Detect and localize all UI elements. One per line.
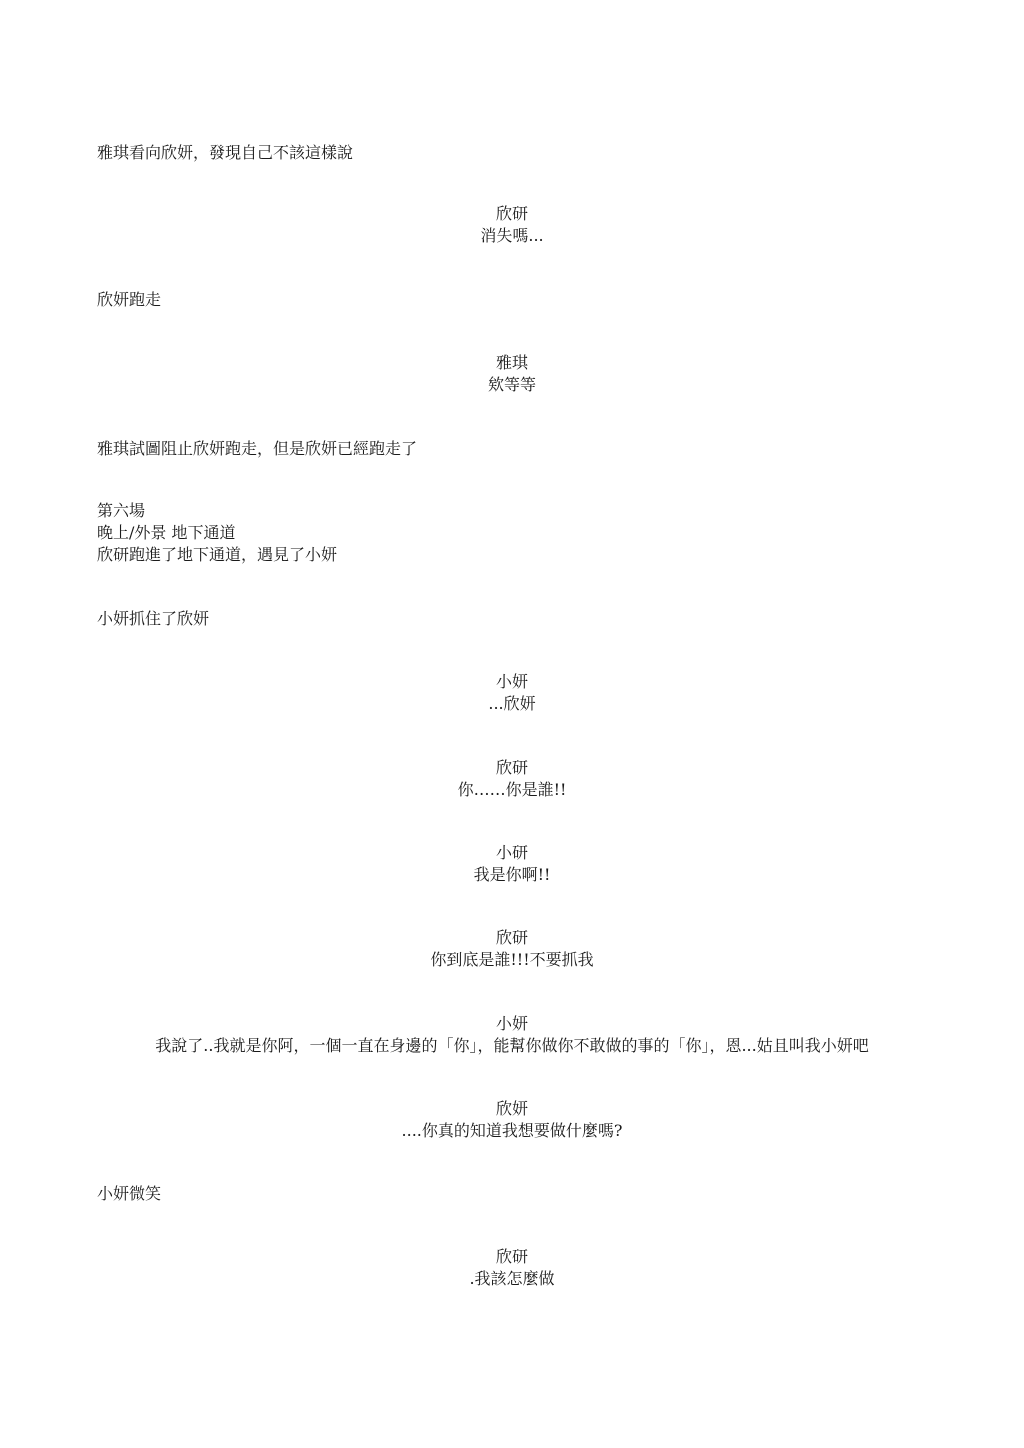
dialogue-block: 小妍 ...欣妍 (0, 671, 1024, 715)
dialogue-text: 你到底是誰!!!不要抓我 (0, 949, 1024, 971)
character-name: 欣妍 (0, 1098, 1024, 1120)
character-name: 雅琪 (0, 352, 1024, 374)
scene-number: 第六場 (97, 500, 337, 522)
action-text: 欣妍跑走 (97, 289, 161, 311)
action-line: 小妍微笑 (97, 1183, 161, 1205)
action-line: 雅琪試圖阻止欣妍跑走，但是欣妍已經跑走了 (97, 438, 417, 460)
action-line: 雅琪看向欣妍，發現自己不該這樣說 (97, 142, 353, 164)
character-name: 欣研 (0, 927, 1024, 949)
dialogue-text: 消失嗎... (0, 225, 1024, 247)
dialogue-block: 欣研 消失嗎... (0, 203, 1024, 247)
dialogue-block: 欣研 .我該怎麼做 (0, 1246, 1024, 1290)
character-name: 欣研 (0, 203, 1024, 225)
dialogue-text: ....你真的知道我想要做什麼嗎? (0, 1120, 1024, 1142)
scene-location: 晚上/外景 地下通道 (97, 522, 337, 544)
dialogue-text: 我說了..我就是你阿，一個一直在身邊的「你」，能幫你做你不敢做的事的「你」，恩.… (0, 1035, 1024, 1057)
dialogue-block: 欣研 你到底是誰!!!不要抓我 (0, 927, 1024, 971)
action-line: 小妍抓住了欣妍 (97, 608, 209, 630)
character-name: 小妍 (0, 1013, 1024, 1035)
action-text: 小妍抓住了欣妍 (97, 608, 209, 630)
dialogue-text: 欸等等 (0, 374, 1024, 396)
scene-heading: 第六場 晚上/外景 地下通道 欣研跑進了地下通道，遇見了小妍 (97, 500, 337, 566)
dialogue-block: 欣妍 ....你真的知道我想要做什麼嗎? (0, 1098, 1024, 1142)
dialogue-block: 小研 我是你啊!! (0, 842, 1024, 886)
scene-description: 欣研跑進了地下通道，遇見了小妍 (97, 544, 337, 566)
character-name: 欣研 (0, 1246, 1024, 1268)
action-text: 雅琪看向欣妍，發現自己不該這樣說 (97, 142, 353, 164)
action-text: 小妍微笑 (97, 1183, 161, 1205)
dialogue-block: 欣研 你……你是誰!! (0, 757, 1024, 801)
dialogue-block: 雅琪 欸等等 (0, 352, 1024, 396)
document-page: 雅琪看向欣妍，發現自己不該這樣說 欣研 消失嗎... 欣妍跑走 雅琪 欸等等 雅… (0, 0, 1024, 1448)
character-name: 欣研 (0, 757, 1024, 779)
dialogue-text: 你……你是誰!! (0, 779, 1024, 801)
dialogue-block: 小妍 我說了..我就是你阿，一個一直在身邊的「你」，能幫你做你不敢做的事的「你」… (0, 1013, 1024, 1057)
action-text: 雅琪試圖阻止欣妍跑走，但是欣妍已經跑走了 (97, 438, 417, 460)
dialogue-text: .我該怎麼做 (0, 1268, 1024, 1290)
action-line: 欣妍跑走 (97, 289, 161, 311)
character-name: 小研 (0, 842, 1024, 864)
dialogue-text: 我是你啊!! (0, 864, 1024, 886)
dialogue-text: ...欣妍 (0, 693, 1024, 715)
character-name: 小妍 (0, 671, 1024, 693)
